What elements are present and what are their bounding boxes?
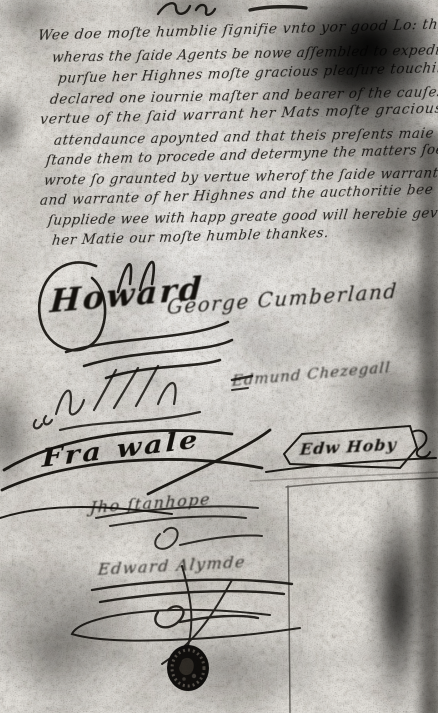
manuscript-page: Wee doe moſte humblie ſignifie vnto yor … [0,0,438,713]
grain-overlay [0,0,438,713]
